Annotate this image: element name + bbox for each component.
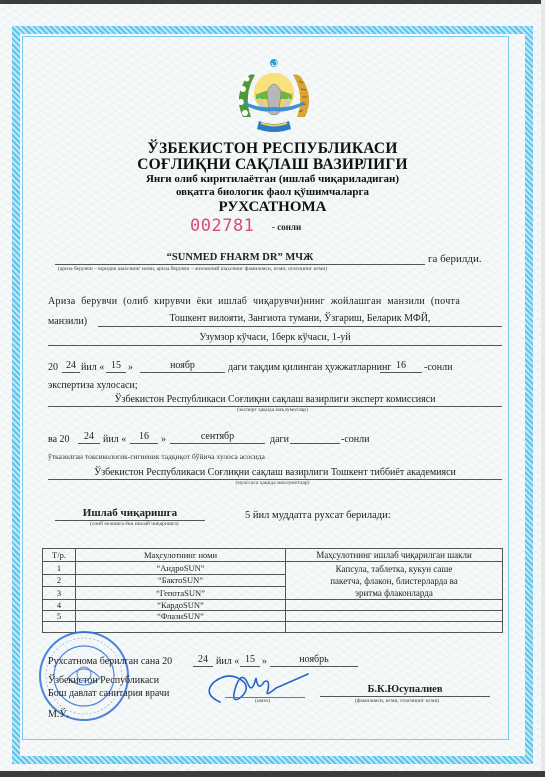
ministry-line-2: СОҒЛИҚНИ САҚЛАШ ВАЗИРЛИГИ xyxy=(0,156,545,174)
col-header-number: Т/р. xyxy=(43,549,76,562)
exp-doc-number: 16 xyxy=(380,360,422,371)
empty-cell xyxy=(286,611,503,622)
purpose-caption: (олиб келишга ёки ишлаб чиқаришга) xyxy=(90,521,179,527)
tox-year-label: йил « xyxy=(103,434,126,445)
issued-suffix: га берилди. xyxy=(428,253,482,265)
document-title: РУХСАТНОМА xyxy=(0,199,545,216)
exp-day: 15 xyxy=(106,360,126,371)
exp-year: 24 xyxy=(62,360,80,371)
product-name: “БактоSUN” xyxy=(76,574,286,587)
table-row: 4 “КардоSUN” xyxy=(43,600,503,611)
form-line-1: Капсула, таблетка, кукун саше xyxy=(336,564,453,574)
institution-name: Ўзбекистон Республикаси Соғлиқни сақлаш … xyxy=(48,467,502,478)
row-number: 2 xyxy=(43,574,76,587)
exp-line2: экспертиза хулосаси; xyxy=(48,380,138,391)
product-name: “ГепотаSUN” xyxy=(76,587,286,600)
issue-date-label: Рухсатнома берилган сана 20 xyxy=(48,656,172,667)
tox-year: 24 xyxy=(78,431,100,442)
exp-day-line xyxy=(106,372,126,373)
subtitle-2: овқатга биологик фаол қўшимчаларга xyxy=(0,186,545,198)
bottom-edge xyxy=(0,771,545,777)
empty-cell xyxy=(286,600,503,611)
tox-day-line xyxy=(130,443,158,444)
applicant-name: “SUNMED FHARM DR” МЧЖ xyxy=(55,252,425,263)
right-edge xyxy=(541,0,545,777)
state-emblem-icon xyxy=(229,57,319,139)
serial-suffix: - сонли xyxy=(272,222,301,232)
table-row: 1 “АндроSUN” Капсула, таблетка, кукун са… xyxy=(43,562,503,575)
tox-suffix: -сонли xyxy=(341,434,369,445)
exp-month: ноябр xyxy=(140,360,225,371)
exp-year-label: йил « xyxy=(81,362,104,373)
tox-mid-text: даги xyxy=(270,434,289,445)
exp-year-line xyxy=(62,372,80,373)
tox-number-line xyxy=(290,443,340,444)
applicant-caption: (ариза берувчи – юридик шахснинг номи, а… xyxy=(58,266,327,272)
expert-caption: (эксперт ҳақида маълумотлар) xyxy=(0,407,545,413)
institution-caption: (муассаса ҳақида маълумотлар) xyxy=(0,480,545,486)
product-name: “ФлазиSUN” xyxy=(76,611,286,622)
tox-year-line xyxy=(78,443,100,444)
address-label-2: манзили) xyxy=(48,316,87,327)
seal-mark: М.Ў. xyxy=(48,709,69,720)
tox-day-close: » xyxy=(161,434,166,445)
address-value-1: Тошкент вилояти, Зангиота тумани, Ўзгари… xyxy=(100,313,500,324)
col-header-name: Маҳсулотнинг номи xyxy=(76,549,286,562)
row-number: 1 xyxy=(43,562,76,575)
tox-month: сентябр xyxy=(170,431,265,442)
expert-name: Ўзбекистон Республикаси Соғлиқни сақлаш … xyxy=(48,394,502,405)
address-label-1: Ариза берувчи (олиб кирувчи ёки ишлаб чи… xyxy=(48,296,460,307)
row-number: 3 xyxy=(43,587,76,600)
row-number: 5 xyxy=(43,611,76,622)
exp-mid-text: даги тақдим қилинган ҳужжатларнинг xyxy=(228,362,391,373)
signature-icon xyxy=(200,664,310,714)
signer-name: Б.К.Юсупалиев xyxy=(320,684,490,695)
form-line-2: пакетча, флакон, блистерларда ва xyxy=(330,576,458,586)
row-number: 4 xyxy=(43,600,76,611)
product-name: “КардоSUN” xyxy=(76,600,286,611)
tox-prefix: ва 20 xyxy=(48,434,70,445)
address-line-2 xyxy=(48,345,502,346)
exp-month-line xyxy=(140,372,225,373)
product-name: “АндроSUN” xyxy=(76,562,286,575)
exp-suffix: -сонли xyxy=(424,362,452,373)
signer-line xyxy=(320,696,490,697)
products-table: Т/р. Маҳсулотнинг номи Маҳсулотнинг ишла… xyxy=(42,548,503,633)
exp-day-close: » xyxy=(128,362,133,373)
empty-cell xyxy=(286,622,503,633)
form-line-3: эритма флаконларда xyxy=(355,588,433,598)
subtitle-1: Янги олиб киритилаётган (ишлаб чиқарилад… xyxy=(0,173,545,185)
applicant-line xyxy=(55,264,425,265)
org-line-2: Бош давлат санитария врачи xyxy=(48,688,169,699)
address-value-2: Узумзор кўчаси, 1берк кўчаси, 1-уй xyxy=(48,332,502,343)
tox-line2: ўтказилган токсикологик-гигиеник тадқиқо… xyxy=(48,452,265,461)
tox-day: 16 xyxy=(130,431,158,442)
signer-caption: (фамилияси, исми, отасининг исми) xyxy=(355,698,439,704)
tox-month-line xyxy=(170,443,265,444)
org-line-1: Ўзбекистон Республикаси xyxy=(48,675,159,686)
exp-prefix: 20 xyxy=(48,362,58,373)
permission-term: 5 йил муддатга рухсат берилади: xyxy=(245,510,391,521)
col-header-form: Маҳсулотнинг ишлаб чиқарилган шакли xyxy=(286,549,503,562)
serial-number: 002781 xyxy=(190,216,254,236)
address-line-1 xyxy=(98,326,502,327)
product-form: Капсула, таблетка, кукун саше пакетча, ф… xyxy=(286,562,503,600)
signature-caption: (имзо) xyxy=(255,698,270,704)
exp-number-line xyxy=(380,372,422,373)
table-row: 5 “ФлазиSUN” xyxy=(43,611,503,622)
permission-purpose: Ишлаб чиқаришга xyxy=(55,507,205,519)
